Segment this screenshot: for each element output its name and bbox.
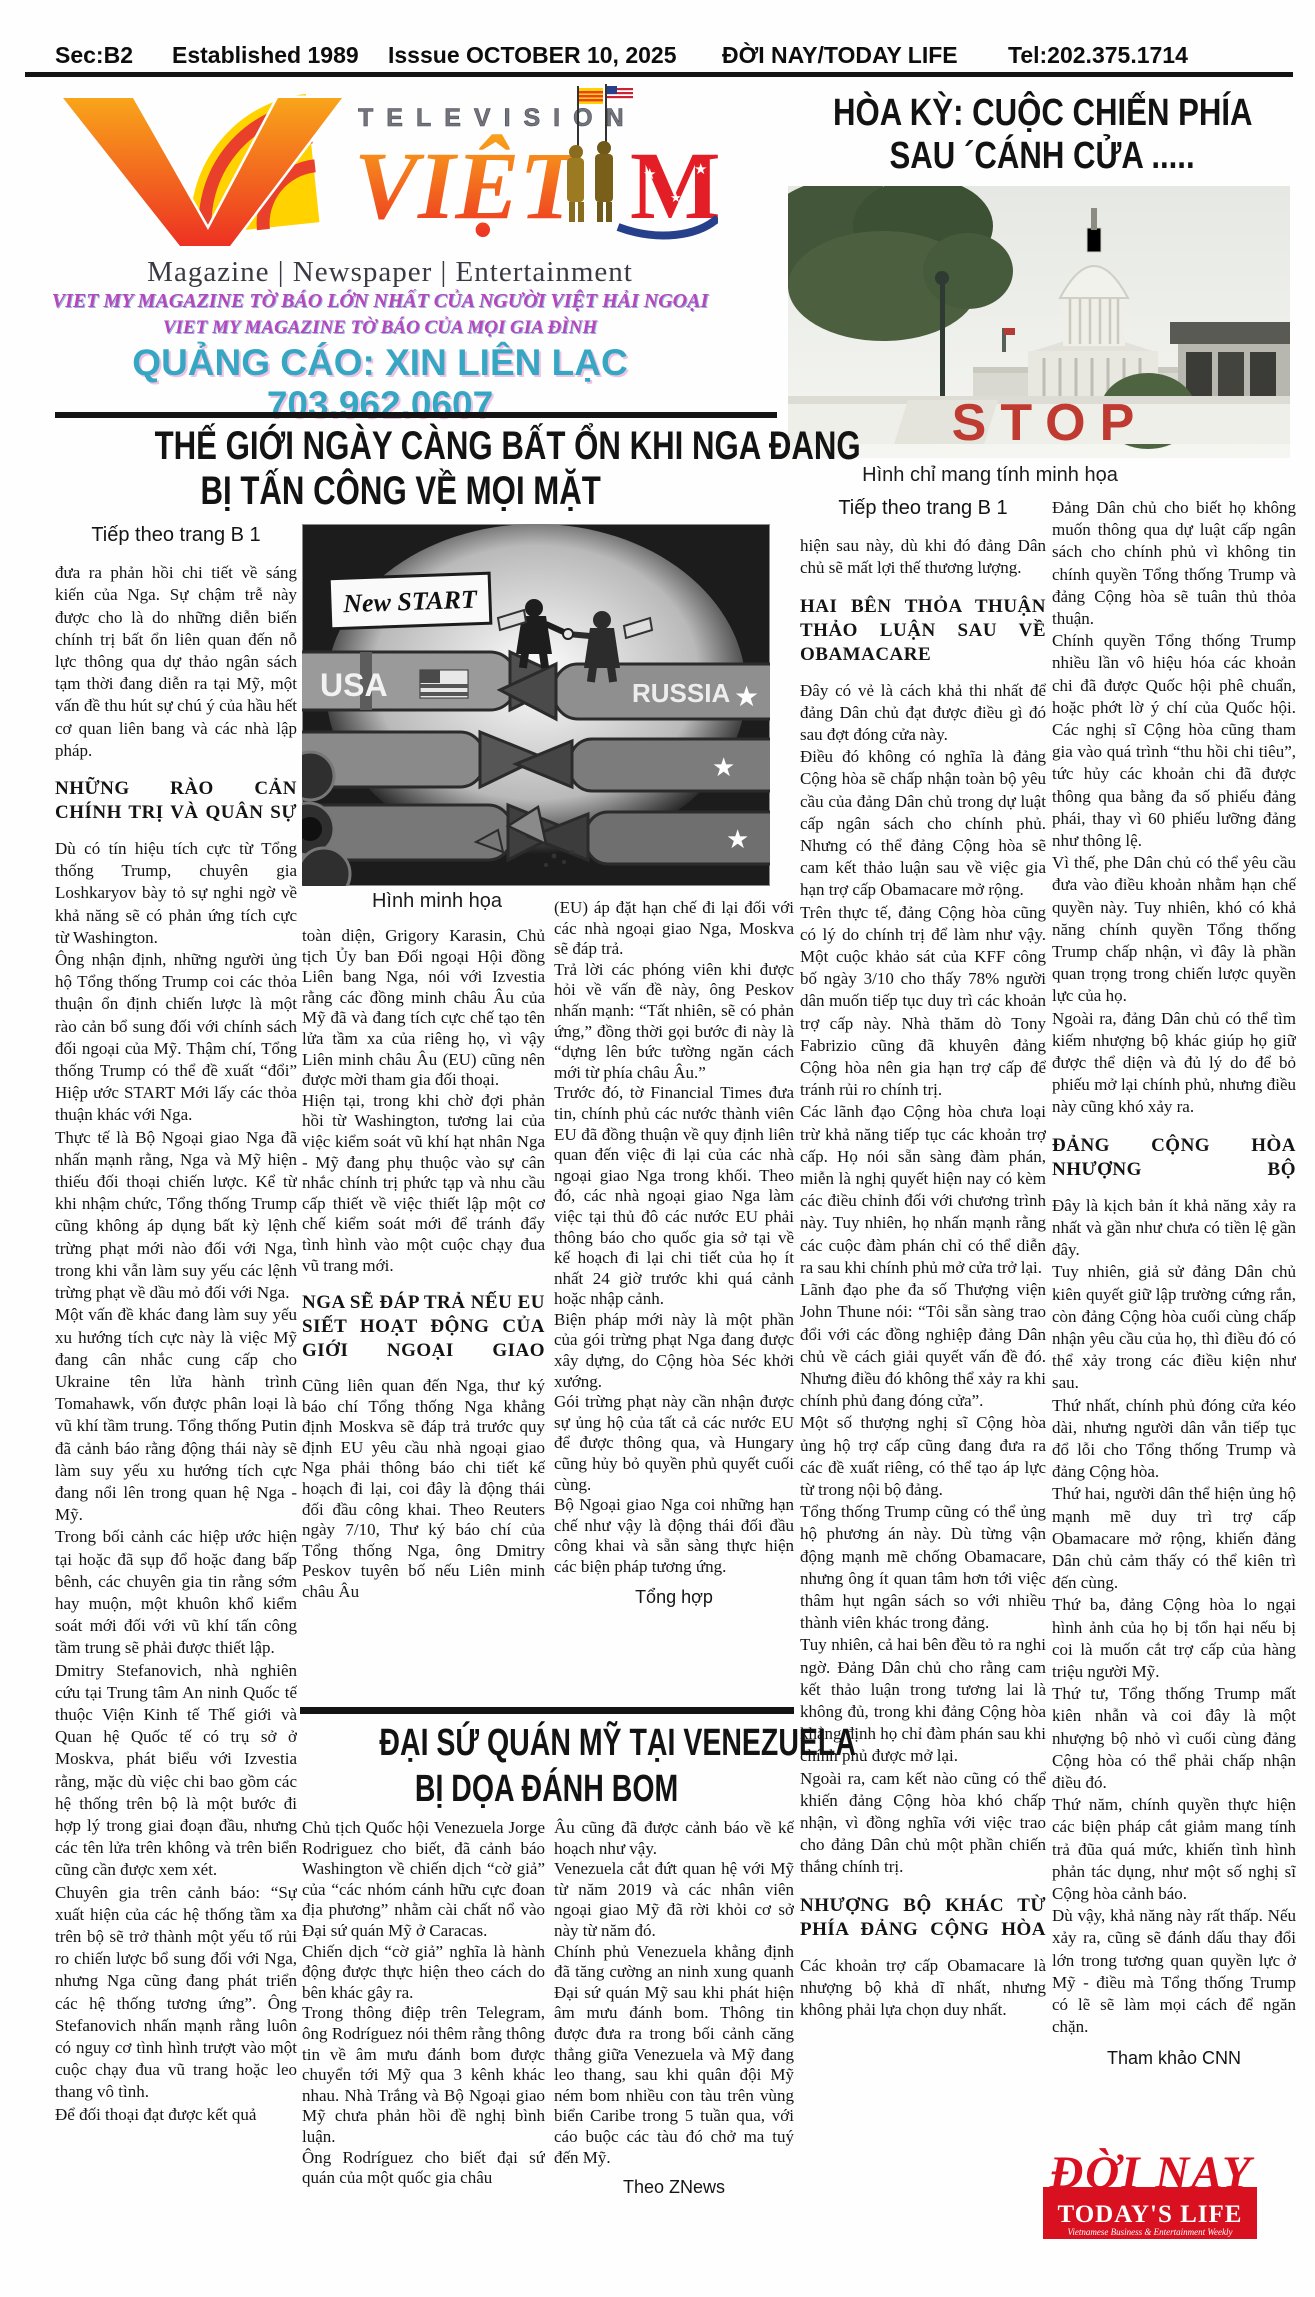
svg-text:★: ★ (643, 167, 656, 183)
venezuela-article-headline: ĐẠI SỨ QUÁN MỸ TẠI VENEZUELA BỊ DỌA ĐÁNH… (300, 1720, 794, 1812)
main-article-column-2: toàn diện, Grigory Karasin, Chủ tịch Ủy … (302, 926, 545, 1704)
paragraph: Trên thực tế, đảng Cộng hòa cũng có lý d… (800, 902, 1046, 1102)
issue-date: Isssue OCTOBER 10, 2025 (388, 42, 677, 69)
headline-line: ĐẠI SỨ QUÁN MỸ TẠI VENEZUELA (379, 1720, 856, 1766)
column-subhead: NHỮNG RÀO CẢN CHÍNH TRỊ VÀ QUÂN SỰ (55, 777, 297, 825)
logo-slogan-1: VIET MY MAGAZINE TỜ BÁO LỚN NHẤT CỦA NGƯ… (40, 290, 720, 313)
phone-number: Tel:202.375.1714 (1008, 42, 1188, 69)
paragraph: Dmitry Stefanovich, nhà nghiên cứu tại T… (55, 1660, 297, 1882)
paragraph: Dù có tín hiệu tích cực từ Tổng thống Tr… (55, 838, 297, 949)
svg-text:★: ★ (694, 162, 707, 178)
svg-text:★: ★ (726, 825, 749, 854)
paragraph: Hiện tại, trong khi chờ đợi phản hồi từ … (302, 1091, 545, 1276)
paragraph: Trả lời các phóng viên khi được hỏi về v… (554, 960, 794, 1084)
headline-line: HÒA KỲ: CUỘC CHIẾN PHÍA (833, 92, 1253, 135)
right-article-column-2: Đảng Dân chủ cho biết họ không muốn thôn… (1052, 497, 1296, 2157)
continued-note: Tiếp theo trang B 1 (800, 497, 1046, 519)
paragraph: Tuy nhiên, giả sử đảng Dân chủ kiên quyế… (1052, 1261, 1296, 1394)
doinay-logo: ĐỜI NAY TODAY'S LIFE Vietnamese Business… (1040, 2150, 1262, 2260)
paragraph: Các lãnh đạo Cộng hòa chưa loại trừ khả … (800, 1101, 1046, 1279)
paragraph: Tuy nhiên, cả hai bên đều tỏ ra nghi ngờ… (800, 1634, 1046, 1767)
paragraph: Các khoản trợ cấp Obamacare là nhượng bộ… (800, 1955, 1046, 2022)
vietmy-logo: TELEVISION VIỆT MỸ ★ (58, 84, 718, 254)
paragraph: Dù vậy, khả năng này rất thấp. Nếu xảy r… (1052, 1905, 1296, 2038)
right-article-column-1: Tiếp theo trang B 1hiện sau này, dù khi … (800, 497, 1046, 2290)
paragraph: Biện pháp mới này là một phần của gói tr… (554, 1310, 794, 1392)
paragraph: Venezuela cắt đứt quan hệ với Mỹ từ năm … (554, 1859, 794, 1941)
right-article-headline: HÒA KỲ: CUỘC CHIẾN PHÍA SAU ´CÁNH CỬA ..… (780, 92, 1305, 178)
paragraph: hiện sau này, dù khi đó đảng Dân chủ sẽ … (800, 535, 1046, 579)
byline: Tham khảo CNN (1052, 2047, 1296, 2069)
ad-phone: 703.962.0607 (40, 384, 720, 426)
paragraph: Chủ tịch Quốc hội Venezuela Jorge Rodrig… (302, 1818, 545, 1942)
column-subhead: NGA SẼ ĐÁP TRẢ NẾU EU SIẾT HOẠT ĐỘNG CỦA… (302, 1291, 545, 1363)
paragraph: Bộ Ngoại giao Nga coi những hạn chế như … (554, 1495, 794, 1577)
byline: Tổng hợp (554, 1587, 794, 1608)
main-article-column-3: (EU) áp đặt hạn chế đi lại đối với các n… (554, 898, 794, 1704)
headline-line: BỊ TẤN CÔNG VỀ MỌI MẶT (201, 469, 601, 514)
paragraph: Đây là kịch bản ít khả năng xảy ra nhất … (1052, 1195, 1296, 1262)
logo-slogan-2: VIET MY MAGAZINE TỜ BÁO CỦA MỌI GIA ĐÌNH (40, 317, 720, 339)
venezuela-column-b: Âu cũng đã được cảnh báo về kế hoạch như… (554, 1818, 794, 2290)
main-article-column-1: Tiếp theo trang B 1đưa ra phản hồi chi t… (55, 524, 297, 2290)
paragraph: Ngoài ra, cam kết nào cũng có thể khiến … (800, 1768, 1046, 1879)
ad-contact-line: QUẢNG CÁO: XIN LIÊN LẠC (40, 342, 720, 384)
todays-life-text: TODAY'S LIFE (1043, 2202, 1257, 2227)
paragraph: Chính quyền Tổng thống Trump nhiều lần v… (1052, 630, 1296, 852)
continued-note: Tiếp theo trang B 1 (55, 524, 297, 546)
paragraph: Một vấn đề khác đang làm suy yếu xu hướn… (55, 1304, 297, 1526)
new-start-sign: New START (329, 573, 491, 629)
masthead-rule (25, 72, 1293, 77)
section-label: Sec:B2 (55, 42, 133, 69)
cartoon-illustration: New START USA RUSSIA ★ (302, 524, 770, 886)
svg-text:★: ★ (734, 682, 759, 713)
paragraph: Để đối thoại đạt được kết quả (55, 2104, 297, 2126)
column-subhead: ĐẢNG CỘNG HÒA NHƯỢNG BỘ (1052, 1134, 1296, 1182)
venezuela-column-a: Chủ tịch Quốc hội Venezuela Jorge Rodrig… (302, 1818, 545, 2290)
new-start-text: New START (342, 585, 479, 619)
svg-text:★: ★ (670, 190, 682, 205)
paragraph: Thứ ba, đảng Cộng hòa lo ngại hình ảnh c… (1052, 1594, 1296, 1683)
paragraph: Lãnh đạo phe đa số Thượng viện John Thun… (800, 1279, 1046, 1412)
headline-line: BỊ DỌA ĐÁNH BOM (415, 1766, 678, 1812)
doinay-script-text: ĐỜI NAY (1040, 2150, 1262, 2197)
paragraph: Thứ tư, Tổng thống Trump mất kiên nhẫn v… (1052, 1683, 1296, 1794)
paragraph: Âu cũng đã được cảnh báo về kế hoạch như… (554, 1818, 794, 1859)
column-subhead: HAI BÊN THỎA THUẬN THẢO LUẬN SAU VỀ OBAM… (800, 595, 1046, 667)
paragraph: Cũng liên quan đến Nga, thư ký báo chí T… (302, 1376, 545, 1603)
svg-text:★: ★ (712, 753, 735, 782)
paragraph: Ông nhận định, những người ủng hộ Tổng t… (55, 949, 297, 1127)
capitol-photo: STOP (788, 186, 1290, 458)
usa-text: USA (320, 667, 388, 703)
paragraph: Thực tế là Bộ Ngoại giao Nga đã nhấn mạn… (55, 1127, 297, 1305)
paragraph: toàn diện, Grigory Karasin, Chủ tịch Ủy … (302, 926, 545, 1091)
logo-television-text: TELEVISION (358, 104, 637, 132)
paragraph: Một số thượng nghị sĩ Cộng hòa ủng hộ tr… (800, 1412, 1046, 1501)
paragraph: (EU) áp đặt hạn chế đi lại đối với các n… (554, 898, 794, 960)
logo-tagline: Magazine | Newspaper | Entertainment (95, 256, 685, 289)
paragraph: Điều đó không có nghĩa là đảng Cộng hòa … (800, 746, 1046, 901)
headline-line: THẾ GIỚI NGÀY CÀNG BẤT ỔN KHI NGA ĐANG (155, 424, 861, 469)
paragraph: Chính phủ Venezuela khẳng định đã tăng c… (554, 1942, 794, 2169)
paragraph: Đây có vẻ là cách khả thi nhất để đảng D… (800, 680, 1046, 747)
newspaper-page: Sec:B2 Established 1989 Isssue OCTOBER 1… (0, 0, 1315, 2297)
paragraph: Chiến dịch “cờ giả” nghĩa là hành động đ… (302, 1942, 545, 2004)
logo-viet-text: VIỆT (354, 132, 581, 239)
byline: Theo ZNews (554, 2177, 794, 2198)
paragraph: Trong thông điệp trên Telegram, ông Rodr… (302, 2003, 545, 2147)
todays-life-tagline: Vietnamese Business & Entertainment Week… (1043, 2227, 1257, 2238)
paragraph: Thứ nhất, chính phủ đóng cửa kéo dài, nh… (1052, 1395, 1296, 1484)
paragraph: Trước đó, tờ Financial Times đưa tin, ch… (554, 1083, 794, 1310)
column-subhead: NHƯỢNG BỘ KHÁC TỪ PHÍA ĐẢNG CỘNG HÒA (800, 1894, 1046, 1942)
paragraph: Chuyên gia trên cảnh báo: “Sự xuất hiện … (55, 1882, 297, 2104)
established-label: Established 1989 (172, 42, 359, 69)
paragraph: Tổng thống Trump cũng có thể ủng hộ phươ… (800, 1501, 1046, 1634)
paragraph: đưa ra phản hồi chi tiết về sáng kiến củ… (55, 562, 297, 762)
paragraph: Thứ hai, người dân thể hiện ủng hộ mạnh … (1052, 1483, 1296, 1594)
paper-name: ĐỜI NAY/TODAY LIFE (722, 42, 958, 69)
paragraph: Trong bối cảnh các hiệp ước hiện tại hoặ… (55, 1526, 297, 1659)
headline-line: SAU ´CÁNH CỬA ..... (890, 135, 1195, 178)
main-headline-rule (55, 412, 777, 418)
russia-text: RUSSIA (632, 678, 730, 708)
main-article-headline: THẾ GIỚI NGÀY CÀNG BẤT ỔN KHI NGA ĐANG B… (55, 424, 747, 514)
paragraph: Vì thế, phe Dân chủ có thể yêu cầu đưa v… (1052, 852, 1296, 1007)
cartoon-caption: Hình minh họa (302, 890, 572, 913)
venezuela-headline-rule (300, 1707, 794, 1714)
stop-text: STOP (952, 394, 1149, 452)
paragraph: Gói trừng phạt này cần nhận được sự ủng … (554, 1392, 794, 1495)
paragraph: Ông Rodríguez cho biết đại sứ quán của m… (302, 2148, 545, 2189)
paragraph: Ngoài ra, đảng Dân chủ có thể tìm kiếm n… (1052, 1008, 1296, 1119)
paragraph: Đảng Dân chủ cho biết họ không muốn thôn… (1052, 497, 1296, 630)
lamppost-graphic (940, 281, 945, 411)
paragraph: Thứ năm, chính quyền thực hiện các biện … (1052, 1794, 1296, 1905)
